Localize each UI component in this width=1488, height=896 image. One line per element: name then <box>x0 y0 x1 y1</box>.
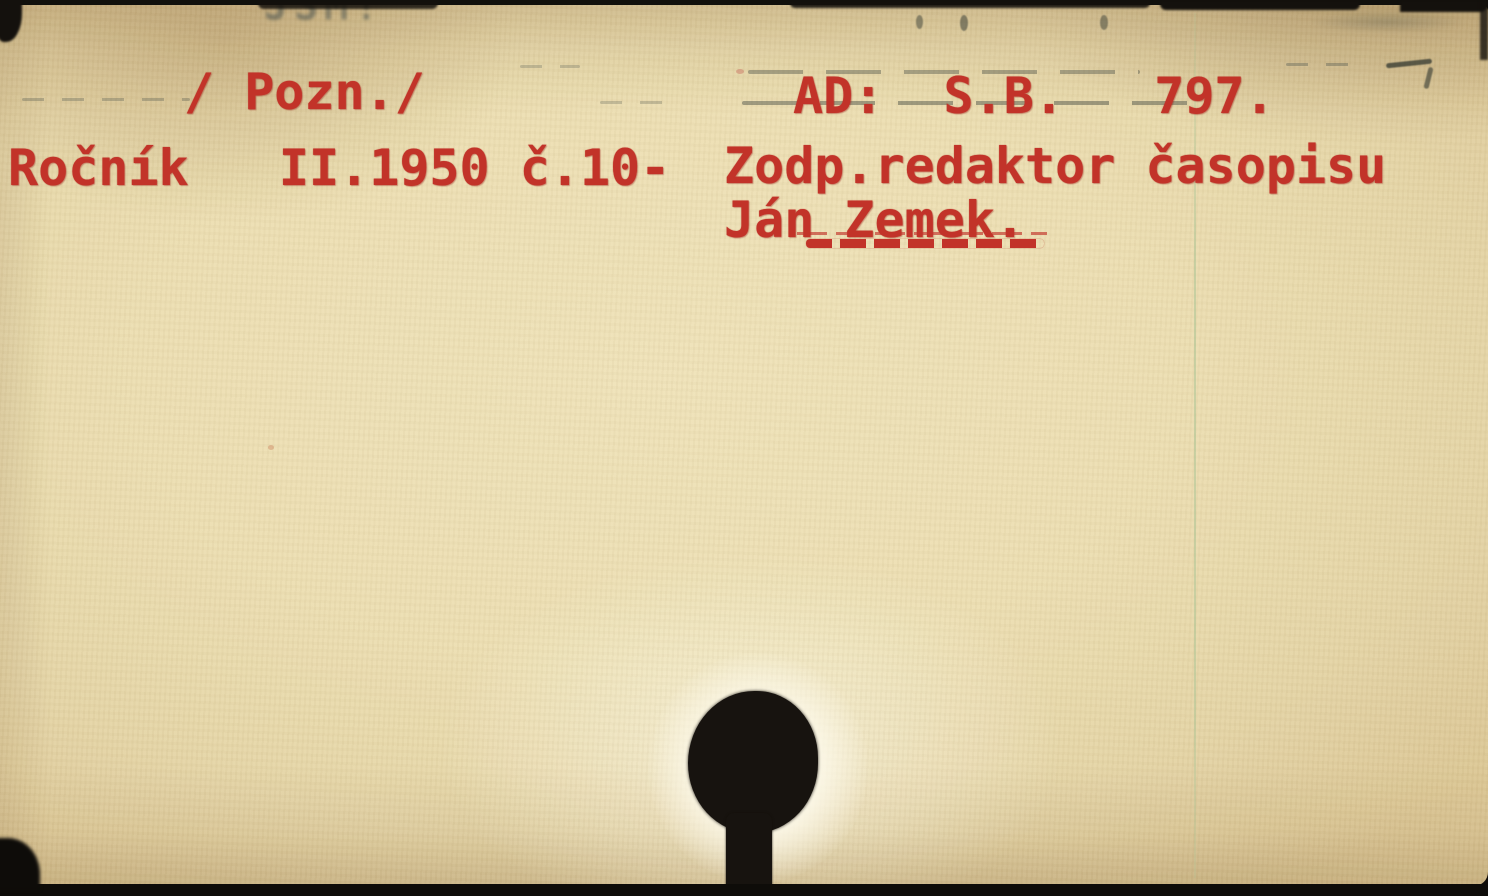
pencil-dash-left <box>22 98 190 101</box>
paper-fleck-2 <box>736 69 744 74</box>
scan-edge-patch-1 <box>258 0 438 9</box>
typed-line-ad-number: AD: S.B. 797. <box>793 71 1275 121</box>
punched-hole <box>688 691 818 833</box>
scan-edge-bottom <box>0 884 1488 896</box>
pencil-check-mark-tail <box>1423 67 1433 90</box>
pencil-specks-2 <box>600 101 670 104</box>
typed-line-name: Ján Zemek. <box>724 195 1025 245</box>
scan-edge-patch-2 <box>790 0 1150 8</box>
paper-fleck-1 <box>268 445 274 450</box>
index-card: JSM! / Pozn./ AD: S.B. 797. Ročník II.19… <box>0 5 1488 886</box>
pencil-specks-1 <box>520 65 580 68</box>
typed-line-editor: Zodp.redaktor časopisu <box>724 141 1386 191</box>
pencil-dash-right <box>1286 63 1350 66</box>
ink-drip-3 <box>1100 15 1108 30</box>
ink-drip-1 <box>916 15 923 29</box>
typed-dashed-underline <box>806 239 1044 248</box>
typed-underscore-row <box>797 232 1047 235</box>
scan-edge-patch-4 <box>1400 0 1488 12</box>
pencil-check-mark <box>1386 59 1432 69</box>
scan-edge-right <box>1480 0 1488 60</box>
pencil-wash-top-right <box>1308 11 1468 33</box>
scan-edge-patch-3 <box>1160 0 1360 10</box>
typed-line-rocnik: Ročník II.1950 č.10- <box>8 143 670 193</box>
typed-line-pozn: / Pozn./ <box>184 67 425 117</box>
ink-drip-2 <box>960 15 968 31</box>
